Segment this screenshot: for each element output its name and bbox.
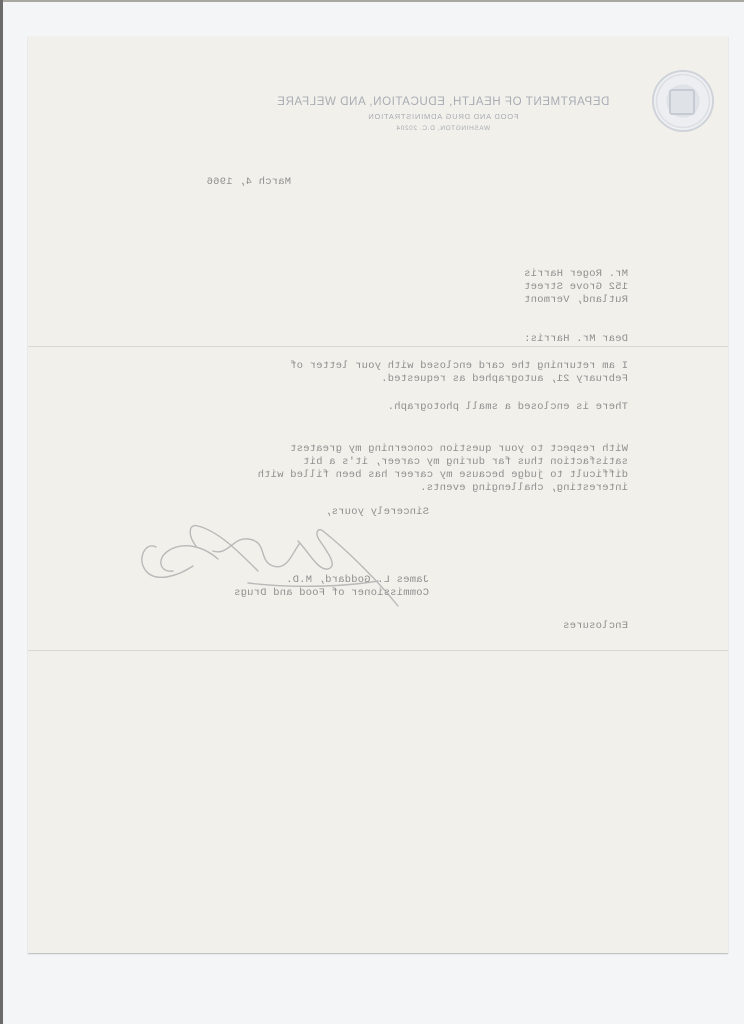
signer-name: James L. Goddard, M.D. — [286, 574, 429, 586]
recipient-street: 152 Grove Street — [524, 281, 628, 293]
recipient-address: Mr. Roger Harris 152 Grove Street Rutlan… — [524, 268, 628, 307]
scan-top-edge — [0, 0, 744, 2]
signer-title: Commissioner of Food and Drugs — [234, 587, 429, 599]
salutation: Dear Mr. Harris: — [524, 333, 628, 346]
letterhead: DEPARTMENT OF HEALTH, EDUCATION, AND WEL… — [233, 96, 653, 132]
mirrored-letter-content: DEPARTMENT OF HEALTH, EDUCATION, AND WEL… — [28, 36, 728, 953]
department-seal-icon — [652, 70, 714, 132]
handwritten-signature-icon — [128, 511, 418, 621]
enclosures-note: Enclosures — [563, 620, 628, 633]
letter-date: March 4, 1966 — [206, 176, 291, 189]
body-paragraph: There is enclosed a small photograph. — [387, 401, 628, 414]
body-paragraph: With respect to your question concerning… — [257, 443, 628, 495]
letterhead-department: DEPARTMENT OF HEALTH, EDUCATION, AND WEL… — [233, 96, 653, 108]
signer-block: James L. Goddard, M.D. Commissioner of F… — [234, 574, 429, 600]
scan-left-edge — [0, 0, 3, 1024]
recipient-city: Rutland, Vermont — [524, 294, 628, 306]
letterhead-city: WASHINGTON, D.C. 20204 — [233, 125, 653, 132]
seal-shield-icon — [669, 89, 695, 115]
recipient-name: Mr. Roger Harris — [524, 268, 628, 280]
body-paragraph: I am returning the card enclosed with yo… — [290, 360, 628, 386]
letter-sheet: DEPARTMENT OF HEALTH, EDUCATION, AND WEL… — [28, 36, 728, 953]
letterhead-agency: FOOD AND DRUG ADMINISTRATION — [233, 112, 653, 121]
